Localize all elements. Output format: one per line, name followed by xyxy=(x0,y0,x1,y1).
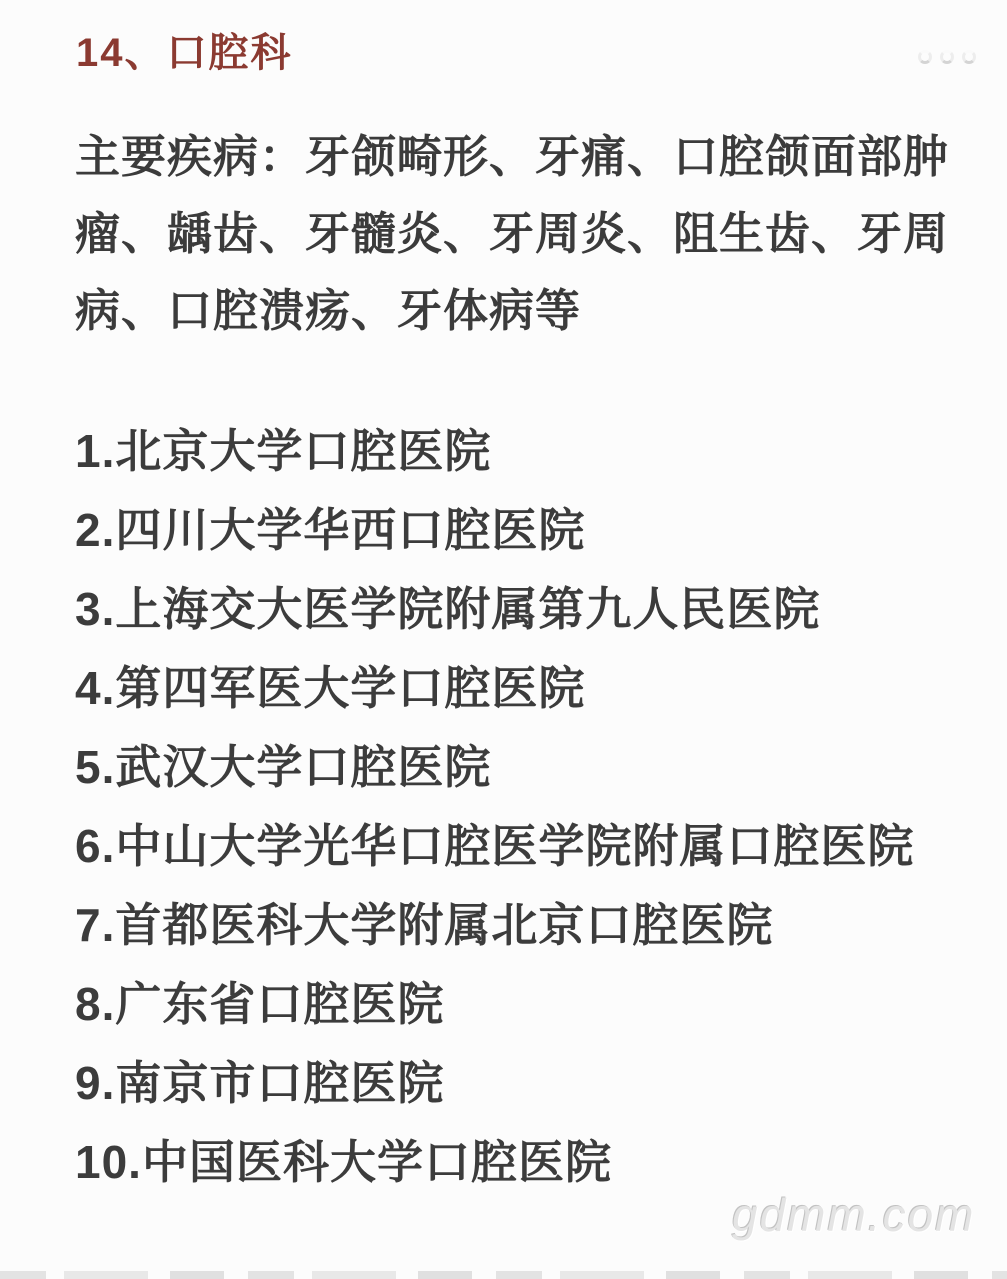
hospital-list-item: 9.南京市口腔医院 xyxy=(75,1044,985,1123)
diseases-paragraph: 主要疾病：牙颌畸形、牙痛、口腔颌面部肿 瘤、龋齿、牙髓炎、牙周炎、阻生齿、牙周 … xyxy=(75,118,985,349)
diseases-paragraph-line: 主要疾病：牙颌畸形、牙痛、口腔颌面部肿 xyxy=(75,118,985,195)
cutoff-text-fragments xyxy=(0,1271,1007,1279)
hospital-list-item: 2.四川大学华西口腔医院 xyxy=(75,491,985,570)
ellipsis-dot-icon xyxy=(918,50,932,64)
hospital-list-item: 1.北京大学口腔医院 xyxy=(75,412,985,491)
hospital-list-item: 5.武汉大学口腔医院 xyxy=(75,728,985,807)
hospital-list-item: 6.中山大学光华口腔医学院附属口腔医院 xyxy=(75,807,985,886)
ellipsis-dot-icon xyxy=(962,50,976,64)
ellipsis-dot-icon xyxy=(940,50,954,64)
hospital-list-item: 8.广东省口腔医院 xyxy=(75,965,985,1044)
hospital-ranking-list: 1.北京大学口腔医院 2.四川大学华西口腔医院 3.上海交大医学院附属第九人民医… xyxy=(75,412,985,1202)
diseases-paragraph-line: 瘤、龋齿、牙髓炎、牙周炎、阻生齿、牙周 xyxy=(75,195,985,272)
more-options-icon[interactable] xyxy=(918,50,976,64)
watermark: gdmm.com xyxy=(732,1188,975,1242)
hospital-list-item: 3.上海交大医学院附属第九人民医院 xyxy=(75,570,985,649)
hospital-list-item: 7.首都医科大学附属北京口腔医院 xyxy=(75,886,985,965)
document-page: 14、口腔科 主要疾病：牙颌畸形、牙痛、口腔颌面部肿 瘤、龋齿、牙髓炎、牙周炎、… xyxy=(0,0,1007,1279)
diseases-paragraph-line: 病、口腔溃疡、牙体病等 xyxy=(75,272,985,349)
section-title: 14、口腔科 xyxy=(76,28,293,78)
hospital-list-item: 4.第四军医大学口腔医院 xyxy=(75,649,985,728)
